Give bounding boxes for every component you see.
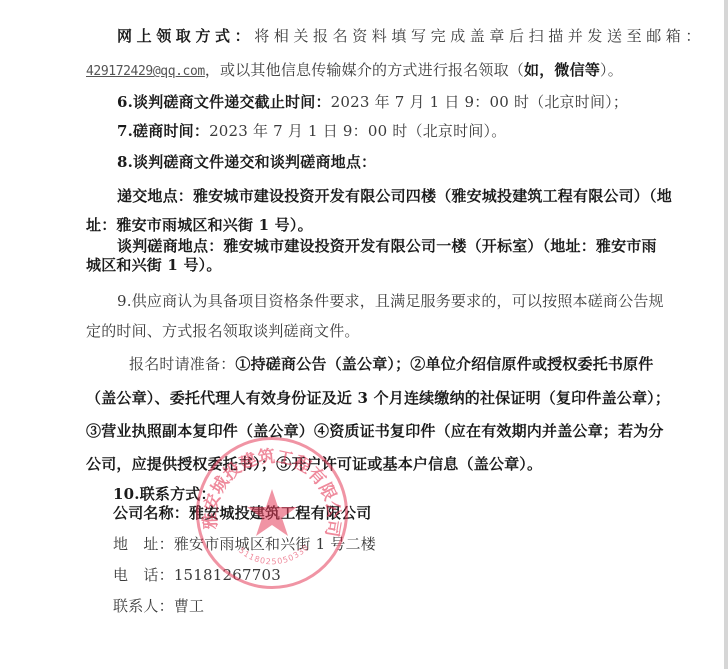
- company-label: 公司名称：: [113, 504, 189, 522]
- contact-label: 联系人：: [113, 597, 174, 615]
- online-collect-label: 网上领取方式：: [117, 27, 254, 45]
- company-line: 公司名称：雅安城投建筑工程有限公司: [113, 503, 371, 523]
- item10-label: 10.联系方式：: [113, 484, 216, 504]
- email-line: 429172429@qq.com，或以其他信息传输媒介的方式进行报名领取（如，微…: [86, 60, 623, 82]
- email-link[interactable]: 429172429@qq.com: [86, 64, 205, 79]
- online-collect-line: 网上领取方式：将相关报名资料填写完成盖章后扫描并发送至邮箱：: [117, 26, 705, 46]
- online-collect-text: 将相关报名资料填写完成盖章后扫描并发送至邮箱：: [254, 27, 705, 45]
- item9-line1: 9.供应商认为具备项目资格条件要求，且满足服务要求的，可以按照本磋商公告规: [117, 291, 664, 311]
- item9-prep-line3: ③营业执照副本复印件（盖公章）④资质证书复印件（应在有效期内并盖公章；若为分: [86, 421, 664, 441]
- item8-submit-line2: 址：雅安市雨城区和兴街 1 号）。: [86, 215, 313, 235]
- email-line-end: ）。: [600, 61, 623, 79]
- item6-value: 2023 年 7 月 1 日 9：00 时（北京时间）；: [331, 93, 628, 111]
- item6-label: 6.谈判磋商文件递交截止时间：: [117, 93, 331, 111]
- email-line-text: ，或以其他信息传输媒介的方式进行报名领取（: [205, 61, 524, 79]
- address-line: 地 址：雅安市雨城区和兴街 1 号二楼: [113, 534, 376, 554]
- contact-line: 联系人：曹工: [113, 596, 204, 616]
- contact-value: 曹工: [174, 597, 204, 615]
- phone-label: 电 话：: [113, 566, 174, 584]
- item9-prep-line2: （盖公章）、委托代理人有效身份证及近 3 个月连续缴纳的社保证明（复印件盖公章）…: [86, 388, 670, 408]
- document-page: 网上领取方式：将相关报名资料填写完成盖章后扫描并发送至邮箱： 429172429…: [0, 0, 724, 669]
- item7-label: 7.磋商时间：: [117, 122, 209, 140]
- item8-submit-line1: 递交地点：雅安城市建设投资开发有限公司四楼（雅安城投建筑工程有限公司）（地: [117, 186, 672, 206]
- address-value: 雅安市雨城区和兴街 1 号二楼: [174, 535, 376, 553]
- item9-prep-label: 报名时请准备：: [129, 355, 235, 373]
- phone-value: 15181267703: [174, 566, 281, 584]
- email-line-bold: 如，微信等: [524, 61, 600, 79]
- phone-line: 电 话：15181267703: [113, 565, 281, 585]
- item7-line: 7.磋商时间：2023 年 7 月 1 日 9：00 时（北京时间）。: [117, 121, 506, 141]
- item9-prep-text1: ①持磋商公告（盖公章）；②单位介绍信原件或授权委托书原件: [235, 355, 653, 373]
- company-name: 雅安城投建筑工程有限公司: [189, 504, 371, 522]
- scrollbar-edge[interactable]: [724, 0, 728, 669]
- item7-value: 2023 年 7 月 1 日 9：00 时（北京时间）。: [209, 122, 506, 140]
- item8-negotiate-line1: 谈判磋商地点：雅安城市建设投资开发有限公司一楼（开标室）（地址：雅安市雨: [117, 236, 657, 256]
- item9-line2: 定的时间、方式报名领取谈判磋商文件。: [86, 321, 360, 341]
- item6-line: 6.谈判磋商文件递交截止时间：2023 年 7 月 1 日 9：00 时（北京时…: [117, 92, 628, 112]
- item9-prep-line1: 报名时请准备：①持磋商公告（盖公章）；②单位介绍信原件或授权委托书原件: [129, 354, 654, 374]
- item8-negotiate-line2: 城区和兴街 1 号）。: [86, 255, 222, 275]
- item8-label: 8.谈判磋商文件递交和谈判磋商地点：: [117, 152, 376, 172]
- address-label: 地 址：: [113, 535, 174, 553]
- item9-prep-line4: 公司，应提供授权委托书）；⑤开户许可证或基本户信息（盖公章）。: [86, 454, 542, 474]
